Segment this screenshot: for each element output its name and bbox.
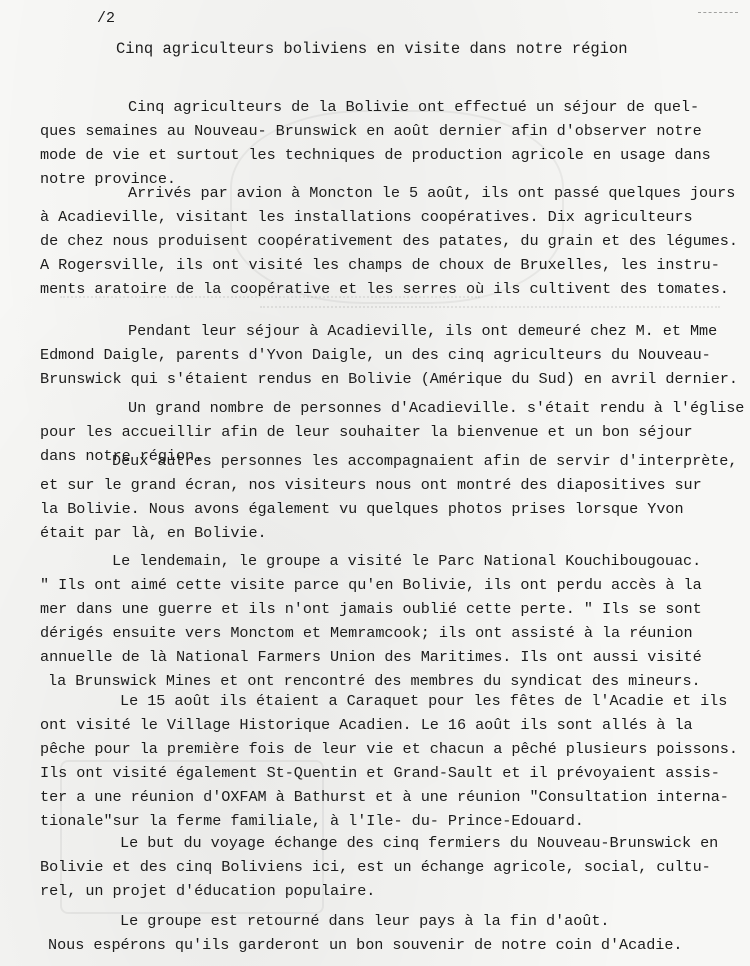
text-line: et sur le grand écran, nos visiteurs nou… xyxy=(40,476,702,494)
text-line: était par là, en Bolivie. xyxy=(40,524,267,542)
text-line: Pendant leur séjour à Acadieville, ils o… xyxy=(128,322,717,340)
article-title: Cinq agriculteurs boliviens en visite da… xyxy=(116,40,628,58)
text-line: ont visité le Village Historique Acadien… xyxy=(40,716,693,734)
text-line: Brunswick qui s'étaient rendus en Bolivi… xyxy=(40,370,738,388)
text-line: Le lendemain, le groupe a visité le Parc… xyxy=(112,552,701,570)
text-line: A Rogersville, ils ont visité les champs… xyxy=(40,256,720,274)
text-line: pêche pour la première fois de leur vie … xyxy=(40,740,738,758)
text-line: ques semaines au Nouveau- Brunswick en a… xyxy=(40,122,702,140)
text-line: annuelle de là National Farmers Union de… xyxy=(40,648,702,666)
text-line: Nous espérons qu'ils garderont un bon so… xyxy=(48,936,682,954)
text-line: Un grand nombre de personnes d'Acadievil… xyxy=(128,399,744,417)
text-line: rel, un projet d'éducation populaire. xyxy=(40,882,375,900)
text-line: Arrivés par avion à Moncton le 5 août, i… xyxy=(128,184,735,202)
text-line: Ils ont visité également St-Quentin et G… xyxy=(40,764,720,782)
text-line: Bolivie et des cinq Boliviens ici, est u… xyxy=(40,858,711,876)
text-line: Edmond Daigle, parents d'Yvon Daigle, un… xyxy=(40,346,711,364)
text-line: pour les accueillir afin de leur souhait… xyxy=(40,423,693,441)
text-line: la Brunswick Mines et ont rencontré des … xyxy=(48,672,701,690)
text-line: Cinq agriculteurs de la Bolivie ont effe… xyxy=(128,98,699,116)
page-number: /2 xyxy=(97,10,115,27)
text-line: Le but du voyage échange des cinq fermie… xyxy=(120,834,718,852)
text-line: tionale"sur la ferme familiale, à l'Ile-… xyxy=(40,812,584,830)
text-line: la Bolivie. Nous avons également vu quel… xyxy=(40,500,684,518)
bleed-through-rule xyxy=(260,306,720,308)
text-line: à Acadieville, visitant les installation… xyxy=(40,208,693,226)
text-line: ter a une réunion d'OXFAM à Bathurst et … xyxy=(40,788,729,806)
text-line: Le groupe est retourné dans leur pays à … xyxy=(120,912,609,930)
text-line: mode de vie et surtout les techniques de… xyxy=(40,146,711,164)
text-line: dérigés ensuite vers Monctom et Memramco… xyxy=(40,624,693,642)
text-line: mer dans une guerre et ils n'ont jamais … xyxy=(40,600,702,618)
text-line: Deux autres personnes les accompagnaient… xyxy=(112,452,737,470)
text-line: de chez nous produisent coopérativement … xyxy=(40,232,738,250)
corner-mark xyxy=(698,12,738,15)
text-line: " Ils ont aimé cette visite parce qu'en … xyxy=(40,576,702,594)
document-page: /2 Cinq agriculteurs boliviens en visite… xyxy=(0,0,750,966)
text-line: Le 15 août ils étaient a Caraquet pour l… xyxy=(120,692,727,710)
text-line: ments aratoire de la coopérative et les … xyxy=(40,280,729,298)
